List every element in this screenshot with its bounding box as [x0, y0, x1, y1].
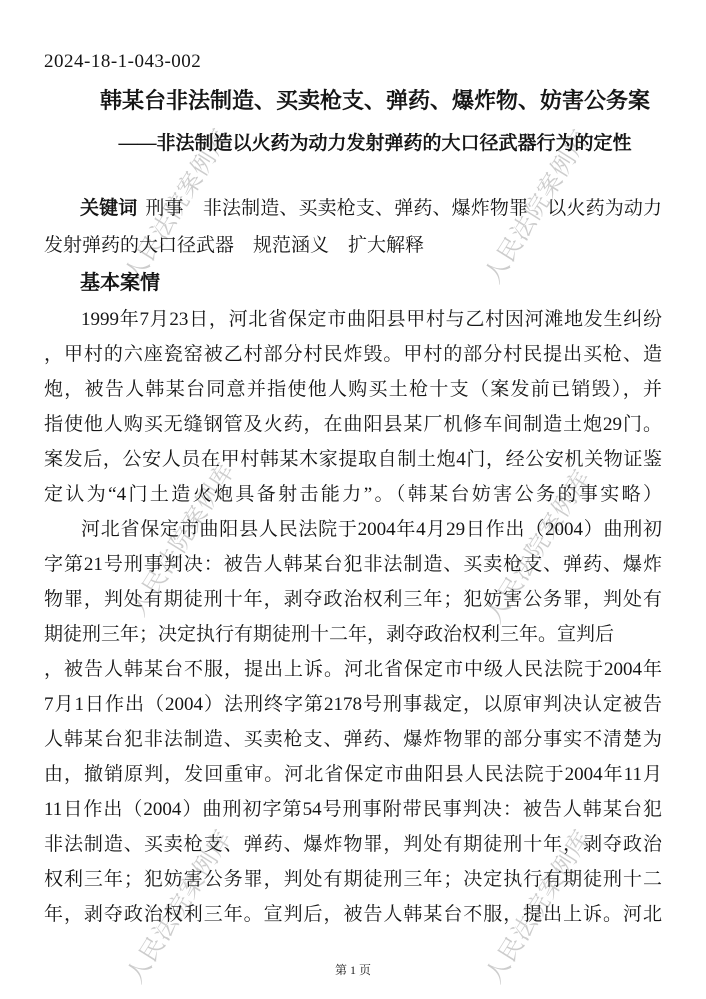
paragraph-1-line: 案发后，公安人员在甲村韩某木家提取自制土炮4门，经公安机关物证鉴 [44, 442, 662, 477]
paragraph-2-line: 7月1日作出（2004）法刑终字第2178号刑事裁定，以原审判决认定被告 [44, 687, 662, 722]
paragraph-2-line: 权利三年；犯妨害公务罪，判处有期徒刑三年；决定执行有期徒刑十二 [44, 862, 662, 897]
case-subtitle: ——非法制造以火药为动力发射弹药的大口径武器行为的定性 [44, 128, 706, 155]
paragraph-2-line: 11日作出（2004）曲刑初字第54号刑事附带民事判决：被告人韩某台犯 [44, 792, 662, 827]
paragraph-2-line: ，被告人韩某台不服，提出上诉。河北省保定市中级人民法院于2004年 [44, 652, 662, 687]
paragraph-2-line: 物罪，判处有期徒刑十年，剥夺政治权利三年；犯妨害公务罪，判处有 [44, 582, 662, 617]
paragraph-2-line: 由，撤销原判，发回重审。河北省保定市曲阳县人民法院于2004年11月 [44, 757, 662, 792]
paragraph-2-line: 字第21号刑事判决：被告人韩某台犯非法制造、买卖枪支、弹药、爆炸 [44, 547, 662, 582]
keywords-line-1: 关键词刑事 非法制造、买卖枪支、弹药、爆炸物罪 以火药为动力 [44, 190, 662, 227]
page-number-label: 第 1 页 [335, 963, 371, 977]
paragraph-1-line: 指使他人购买无缝钢管及火药，在曲阳县某厂机修车间制造土炮29门。 [44, 407, 662, 442]
document-content: 2024-18-1-043-002 韩某台非法制造、买卖枪支、弹药、爆炸物、妨害… [0, 0, 706, 999]
legal-case-document-page: 人民法院案例库人民法院案例库人民法院案例库人民法院案例库人民法院案例库人民法院案… [0, 0, 706, 999]
paragraph-1-line: 炮，被告人韩某台同意并指使他人购买土枪十支（案发前已销毁），并 [44, 372, 662, 407]
keywords-terms-line-1: 刑事 非法制造、买卖枪支、弹药、爆炸物罪 以火药为动力 [145, 198, 662, 219]
paragraph-2-line: 非法制造、买卖枪支、弹药、爆炸物罪，判处有期徒刑十年，剥夺政治 [44, 827, 662, 862]
keywords-label: 关键词 [80, 198, 137, 219]
paragraph-1-line: 定认为“4门土造火炮具备射击能力”。（韩某台妨害公务的事实略） [44, 477, 662, 512]
paragraph-1-line: ，甲村的六座瓷窑被乙村部分村民炸毁。甲村的部分村民提出买枪、造 [44, 337, 662, 372]
page-footer: 第 1 页 [0, 961, 706, 978]
paragraph-1-line: 1999年7月23日，河北省保定市曲阳县甲村与乙村因河滩地发生纠纷 [44, 302, 662, 337]
paragraph-2-line: 河北省保定市曲阳县人民法院于2004年4月29日作出（2004）曲刑初 [44, 512, 662, 547]
keywords-block: 关键词刑事 非法制造、买卖枪支、弹药、爆炸物罪 以火药为动力 发射弹药的大口径武… [44, 190, 662, 264]
doc-number: 2024-18-1-043-002 [44, 51, 201, 73]
body-text: 1999年7月23日，河北省保定市曲阳县甲村与乙村因河滩地发生纠纷 ，甲村的六座… [44, 302, 662, 932]
case-title: 韩某台非法制造、买卖枪支、弹药、爆炸物、妨害公务案 [44, 84, 706, 115]
paragraph-2-line: 年，剥夺政治权利三年。宣判后，被告人韩某台不服，提出上诉。河北 [44, 897, 662, 932]
paragraph-2-line: 期徒刑三年；决定执行有期徒刑十二年，剥夺政治权利三年。宣判后 [44, 617, 662, 652]
keywords-line-2: 发射弹药的大口径武器 规范涵义 扩大解释 [44, 227, 662, 264]
section-heading-basic-facts: 基本案情 [80, 266, 160, 295]
paragraph-2-line: 人韩某台犯非法制造、买卖枪支、弹药、爆炸物罪的部分事实不清楚为 [44, 722, 662, 757]
